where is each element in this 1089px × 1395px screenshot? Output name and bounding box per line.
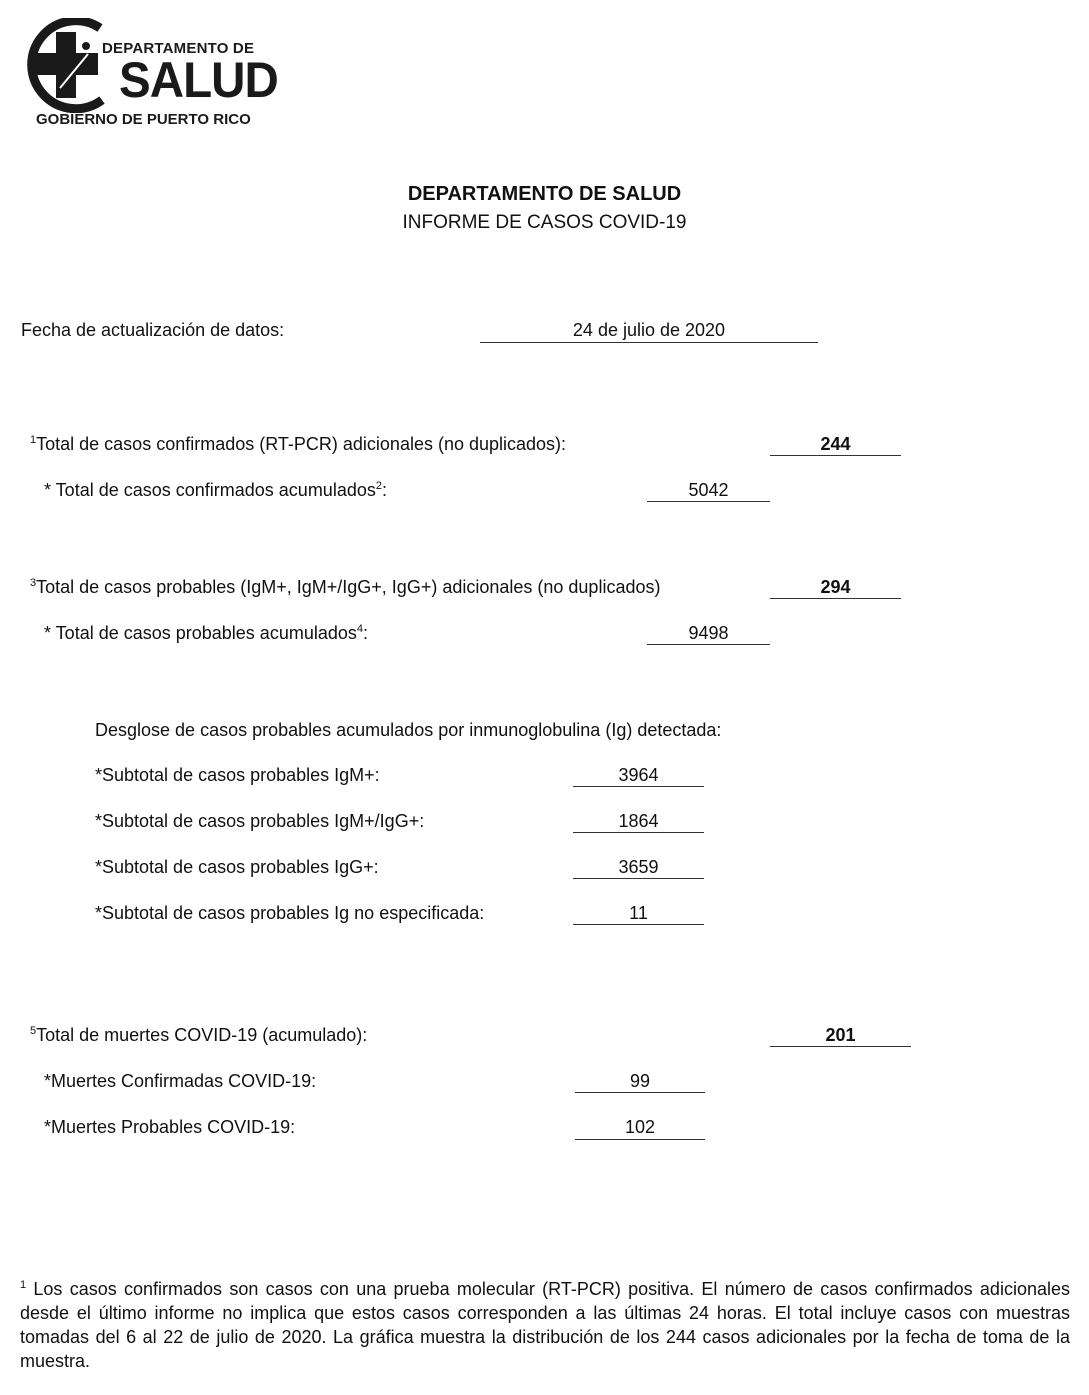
label-text: * Total de casos probables acumulados (44, 623, 357, 643)
breakdown-igg-label: *Subtotal de casos probables IgG+: (95, 856, 379, 878)
label-suffix: : (382, 480, 387, 500)
probable-cumulative-underline (647, 644, 770, 645)
deaths-total-underline (770, 1046, 911, 1047)
label-text: Total de casos probables (IgM+, IgM+/IgG… (36, 577, 660, 597)
update-date-underline (480, 342, 818, 343)
probable-cumulative-value: 9498 (647, 622, 770, 644)
breakdown-igm-underline (573, 786, 704, 787)
breakdown-heading: Desglose de casos probables acumulados p… (95, 719, 721, 741)
breakdown-igg-value: 3659 (573, 856, 704, 878)
deaths-probable-underline (575, 1139, 705, 1140)
confirmed-additional-label: 1Total de casos confirmados (RT-PCR) adi… (30, 433, 566, 455)
breakdown-igm-igg-underline (573, 832, 704, 833)
deaths-confirmed-label: *Muertes Confirmadas COVID-19: (44, 1070, 316, 1092)
label-suffix: : (363, 623, 368, 643)
breakdown-igm-label: *Subtotal de casos probables IgM+: (95, 764, 380, 786)
confirmed-additional-value: 244 (770, 433, 901, 455)
logo-salud-text: SALUD (119, 54, 278, 106)
breakdown-igm-igg-value: 1864 (573, 810, 704, 832)
label-text: Total de muertes COVID-19 (acumulado): (36, 1025, 367, 1045)
deaths-probable-value: 102 (575, 1116, 705, 1138)
deaths-total-label: 5Total de muertes COVID-19 (acumulado): (30, 1024, 367, 1046)
label-text: * Total de casos confirmados acumulados (44, 480, 376, 500)
confirmed-additional-underline (770, 455, 901, 456)
confirmed-cumulative-underline (647, 501, 770, 502)
footnote-text: Los casos confirmados son casos con una … (20, 1279, 1070, 1371)
update-date-value: 24 de julio de 2020 (480, 319, 818, 341)
breakdown-igg-underline (573, 878, 704, 879)
deaths-confirmed-underline (575, 1092, 705, 1093)
footnote-ref: 1 (20, 1279, 26, 1291)
breakdown-igm-igg-label: *Subtotal de casos probables IgM+/IgG+: (95, 810, 424, 832)
department-logo: DEPARTAMENTO DE SALUD GOBIERNO DE PUERTO… (22, 18, 282, 133)
breakdown-igm-value: 3964 (573, 764, 704, 786)
footnote-1: 1 Los casos confirmados son casos con un… (20, 1277, 1070, 1373)
probable-cumulative-label: * Total de casos probables acumulados4: (44, 622, 368, 644)
update-date-label: Fecha de actualización de datos: (21, 319, 284, 341)
probable-additional-value: 294 (770, 576, 901, 598)
medical-cross-in-circle-icon (22, 18, 122, 113)
deaths-total-value: 201 (770, 1024, 911, 1046)
breakdown-unspecified-label: *Subtotal de casos probables Ig no espec… (95, 902, 484, 924)
breakdown-unspecified-value: 11 (573, 902, 704, 924)
page-title: DEPARTAMENTO DE SALUD (0, 182, 1089, 206)
probable-additional-label: 3Total de casos probables (IgM+, IgM+/Ig… (30, 576, 660, 598)
deaths-confirmed-value: 99 (575, 1070, 705, 1092)
confirmed-cumulative-label: * Total de casos confirmados acumulados2… (44, 479, 387, 501)
deaths-probable-label: *Muertes Probables COVID-19: (44, 1116, 295, 1138)
confirmed-cumulative-value: 5042 (647, 479, 770, 501)
page-subtitle: INFORME DE CASOS COVID-19 (0, 211, 1089, 235)
logo-government-text: GOBIERNO DE PUERTO RICO (36, 111, 251, 128)
breakdown-unspecified-underline (573, 924, 704, 925)
probable-additional-underline (770, 598, 901, 599)
label-text: Total de casos confirmados (RT-PCR) adic… (36, 434, 566, 454)
